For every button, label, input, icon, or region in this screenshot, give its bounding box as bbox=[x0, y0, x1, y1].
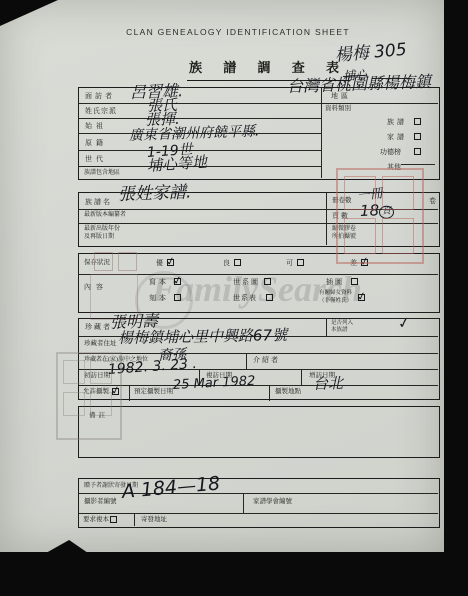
divider bbox=[269, 385, 270, 401]
field-label-pub-year-line2: 及再版日期 bbox=[84, 234, 114, 240]
checkbox-women-data bbox=[358, 294, 365, 301]
scanned-genealogy-form: CLAN GENEALOGY IDENTIFICATION SHEET 族 譜 … bbox=[0, 0, 468, 596]
field-label-origin: 原籍 bbox=[85, 140, 107, 147]
handwritten-note-top: 楊梅 305 bbox=[334, 42, 407, 65]
condition-content-table: 保存狀況 優 良 可 差 內容 寫本 世系圖 插圖 刻本 世系表 有關婦女資料 … bbox=[78, 253, 440, 313]
checkbox-excellent bbox=[167, 259, 174, 266]
checkbox-manuscript bbox=[174, 278, 181, 285]
option-label-clan-genealogy: 族譜 bbox=[387, 119, 407, 126]
checkbox-merit-board bbox=[414, 148, 421, 155]
checkbox-film-permit bbox=[112, 388, 119, 395]
option-label-merit-board: 功德榜 bbox=[380, 149, 401, 156]
paper-sheet: CLAN GENEALOGY IDENTIFICATION SHEET 族 譜 … bbox=[0, 0, 444, 552]
field-label-interviewee: 面訪者 bbox=[85, 93, 115, 100]
checkbox-lineage-chart bbox=[264, 278, 271, 285]
sheet-english-title: CLAN GENEALOGY IDENTIFICATION SHEET bbox=[118, 27, 358, 37]
field-label-listed-line2: 本族譜 bbox=[331, 328, 348, 334]
checkbox-poor bbox=[361, 259, 368, 266]
field-label-remarks: 備註 bbox=[89, 413, 108, 420]
field-label-pages: 頁數 bbox=[332, 213, 350, 220]
divider bbox=[79, 385, 438, 386]
handwritten-listed-checkmark: ✓ bbox=[397, 315, 412, 332]
divider bbox=[79, 103, 438, 104]
field-label-genealogy-title: 族譜名 bbox=[85, 199, 112, 206]
option-label-other: 其他 bbox=[387, 164, 401, 171]
divider bbox=[79, 353, 438, 354]
checkbox-family-genealogy bbox=[414, 133, 421, 140]
option-label-women-data-line2: （非僅姓氏） bbox=[319, 299, 352, 305]
option-label-fair: 可 bbox=[286, 260, 293, 267]
handwritten-pages-number: 18 bbox=[360, 203, 380, 219]
divider bbox=[79, 223, 438, 224]
divider bbox=[79, 150, 321, 151]
divider bbox=[326, 193, 327, 245]
field-label-film-place: 攝製地點 bbox=[275, 389, 301, 396]
checkbox-woodblock bbox=[174, 294, 181, 301]
checkbox-fair bbox=[297, 259, 304, 266]
divider bbox=[79, 118, 321, 119]
option-label-lineage-table: 世系表 bbox=[233, 295, 257, 302]
option-label-good: 良 bbox=[223, 260, 230, 267]
checkbox-good bbox=[234, 259, 241, 266]
other-blank-line bbox=[401, 164, 435, 165]
divider bbox=[321, 88, 322, 178]
field-label-latest-editor: 最新版本編纂者 bbox=[84, 212, 126, 218]
divider bbox=[134, 513, 135, 526]
checkbox-request-copy bbox=[110, 516, 117, 523]
field-label-owner-address: 珍藏者住址 bbox=[84, 341, 117, 348]
divider bbox=[301, 369, 302, 385]
divider bbox=[246, 353, 247, 369]
field-label-first-visit: 初訪日期 bbox=[84, 373, 110, 380]
checkbox-illustrations bbox=[351, 278, 358, 285]
option-label-lineage-chart: 世系圖 bbox=[233, 279, 260, 286]
option-label-illustrations: 插圖 bbox=[326, 279, 344, 286]
handwritten-areas-covered: 埔心等地 bbox=[146, 155, 207, 174]
handwritten-genealogy-title: 張姓家譜. bbox=[118, 184, 192, 204]
option-label-woodblock: 刻本 bbox=[149, 295, 169, 302]
option-label-manuscript: 寫本 bbox=[149, 279, 169, 286]
handwritten-film-place: 台北 bbox=[313, 376, 344, 392]
field-label-condition: 保存狀況 bbox=[84, 260, 110, 267]
checkbox-lineage-table bbox=[266, 294, 273, 301]
field-label-mailing-address: 寄發地址 bbox=[141, 517, 167, 524]
field-label-category: 資料類別 bbox=[325, 106, 351, 113]
field-label-areas-covered: 族譜包含地區 bbox=[84, 170, 120, 176]
option-label-women-data-line1: 有關婦女資料 bbox=[319, 291, 352, 297]
divider bbox=[79, 513, 438, 514]
handwritten-volumes: 一冊 bbox=[356, 187, 383, 203]
field-label-society-number: 家譜學會編號 bbox=[253, 499, 292, 506]
field-label-film-permit: 允許攝製 bbox=[83, 389, 109, 396]
option-label-family-genealogy: 家譜 bbox=[387, 134, 407, 141]
field-label-owner: 珍藏者 bbox=[85, 324, 112, 331]
option-label-poor: 差 bbox=[350, 260, 357, 267]
field-label-request-copy: 要求複本 bbox=[83, 517, 109, 524]
divider bbox=[129, 385, 130, 401]
divider bbox=[243, 493, 244, 513]
field-label-founding-ancestor: 始祖 bbox=[85, 123, 107, 130]
field-label-microfilm-line2: 所拍攝號 bbox=[332, 234, 356, 240]
divider bbox=[326, 319, 327, 336]
field-label-microfilm-line1: 縮微膠卷 bbox=[332, 226, 356, 232]
volumes-suffix: 卷 bbox=[429, 198, 436, 205]
field-label-pub-year-line1: 最新出版年份 bbox=[84, 226, 120, 232]
checkbox-clan-genealogy bbox=[414, 118, 421, 125]
field-label-surname-branch: 姓氏宗派 bbox=[85, 108, 117, 115]
field-label-introducer: 介紹者 bbox=[253, 357, 280, 364]
field-label-volumes: 冊卷數 bbox=[332, 198, 352, 205]
divider bbox=[79, 274, 438, 275]
field-label-photographer-number: 攝影者編號 bbox=[84, 499, 117, 506]
field-label-listed-line1: 是否列入 bbox=[331, 321, 353, 327]
option-label-excellent: 優 bbox=[156, 260, 163, 267]
remarks-table: 備註 bbox=[78, 406, 440, 458]
field-label-contents: 內容 bbox=[84, 284, 108, 291]
field-label-generations: 世代 bbox=[85, 156, 107, 163]
handwritten-owner-address: 楊梅鎮埔心里中興路67號 bbox=[118, 328, 287, 346]
field-label-film-date: 預定攝製日期 bbox=[134, 389, 173, 396]
